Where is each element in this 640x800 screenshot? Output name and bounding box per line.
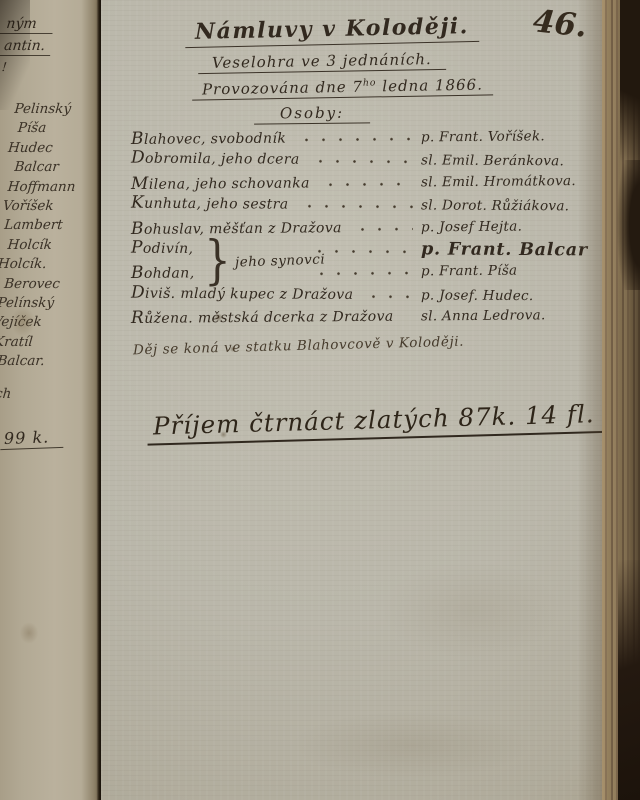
cast-row: Bohdan,p. Frant. Píša xyxy=(131,259,579,285)
actor-name: p. Frant. Balcar xyxy=(421,239,579,260)
performance-date-year: ledna 1866. xyxy=(376,76,483,96)
income-line: Příjem čtrnáct zlatých 87k. 14 fl. 87 k. xyxy=(147,396,640,445)
cast-heading: Osoby: xyxy=(254,103,370,124)
performance-date-text: Provozována dne 7 xyxy=(201,78,362,99)
actor-name: Berovec xyxy=(3,275,96,294)
cast-brace: } xyxy=(204,231,230,291)
role-name: Blahovec, svobodník xyxy=(131,128,286,149)
dot-leader xyxy=(352,226,413,232)
actor-name: Hoffmann xyxy=(7,178,99,197)
role-name: Bohuslav, měšťan z Dražova xyxy=(131,217,342,239)
cast-row: Růžena. městská dcerka z Dražovasl. Anna… xyxy=(131,304,579,330)
role-name: Diviš. mladý kupec z Dražova xyxy=(131,282,354,303)
page-header: Námluvy v Koloději. Veselohra ve 3 jedná… xyxy=(101,16,603,124)
actor-name: p. Josef. Hudec. xyxy=(421,287,579,304)
actor-name: Voříšek xyxy=(2,197,99,216)
actor-name: sl. Emil. Beránkova. xyxy=(421,153,579,170)
dot-leader xyxy=(404,316,413,321)
book-cover-dark-top xyxy=(620,0,640,170)
role-name: Bohdan, xyxy=(131,263,195,284)
actor-name: p. Josef Hejta. xyxy=(421,218,579,235)
actor-name: Kratíl xyxy=(0,333,91,352)
corner-shadow xyxy=(0,0,30,110)
role-name: Dobromila, jeho dcera xyxy=(131,148,300,169)
play-title: Námluvy v Koloději. xyxy=(185,13,479,48)
actor-name: Hudec xyxy=(7,139,99,158)
setting-note: Děj se koná ve statku Blahovcově v Kolod… xyxy=(133,334,464,359)
previous-page-total: 99 k. xyxy=(0,427,64,450)
actor-name: Holcík xyxy=(7,236,99,255)
stain xyxy=(351,545,591,675)
manuscript-photo: ným antin. ! Pelinský Píša Hudec Balcar … xyxy=(0,0,640,800)
manuscript-page: 46. Námluvy v Koloději. Veselohra ve 3 j… xyxy=(101,0,603,800)
actor-name: Píša xyxy=(17,119,99,138)
stain xyxy=(16,618,42,648)
ordinal-superscript: ho xyxy=(362,77,376,88)
performance-date: Provozována dne 7ho ledna 1866. xyxy=(191,75,492,100)
book-cover-dark-bottom xyxy=(618,560,640,800)
actor-name: Balcar. xyxy=(0,352,89,371)
cast-row: Bohuslav, měšťan z Dražovap. Josef Hejta… xyxy=(131,215,579,241)
actor-name: Pelínský xyxy=(0,294,94,313)
dot-leader xyxy=(363,294,413,299)
previous-page-actor-names: Pelinský Píša Hudec Balcar Hoffmann Voří… xyxy=(0,100,99,404)
cast-list: Blahovec, svobodníkp. Frant. Voříšek. Do… xyxy=(131,127,579,329)
role-name: Kunhuta, jeho sestra xyxy=(131,193,289,214)
dot-leader xyxy=(298,204,413,210)
actor-name: Vejíček xyxy=(0,313,93,332)
play-subtitle: Veselohra ve 3 jednáních. xyxy=(198,50,446,74)
dot-leader xyxy=(311,271,414,277)
cast-row: Kunhuta, jeho sestrasl. Dorot. Růžiákova… xyxy=(131,193,579,218)
dot-leader xyxy=(320,182,413,188)
dot-leader xyxy=(310,160,413,166)
actor-name: jích xyxy=(0,385,86,404)
actor-name: p. Frant. Voříšek. xyxy=(421,128,579,145)
book-cover-dark-mid xyxy=(614,160,640,290)
actor-name: sl. Dorot. Růžiákova. xyxy=(421,198,579,215)
actor-name: Balcar xyxy=(14,158,99,177)
previous-page-edge: ným antin. ! Pelinský Píša Hudec Balcar … xyxy=(0,0,99,800)
actor-name: Lambert xyxy=(3,216,99,235)
stain xyxy=(251,700,571,790)
cast-row: Dobromila, jeho dcerasl. Emil. Beránkova… xyxy=(131,148,579,173)
role-name: Milena, jeho schovanka xyxy=(131,172,310,194)
role-name: Podivín, xyxy=(131,238,193,258)
brace-label: jeho synovci xyxy=(235,251,326,270)
actor-name: Holcík. xyxy=(0,255,98,274)
actor-name: sl. Emil. Hromátkova. xyxy=(421,173,579,190)
dot-leader xyxy=(296,137,413,143)
role-name: Růžena. městská dcerka z Dražova xyxy=(131,306,394,328)
actor-name: p. Frant. Píša xyxy=(421,262,579,279)
actor-name: sl. Anna Ledrova. xyxy=(421,307,579,324)
